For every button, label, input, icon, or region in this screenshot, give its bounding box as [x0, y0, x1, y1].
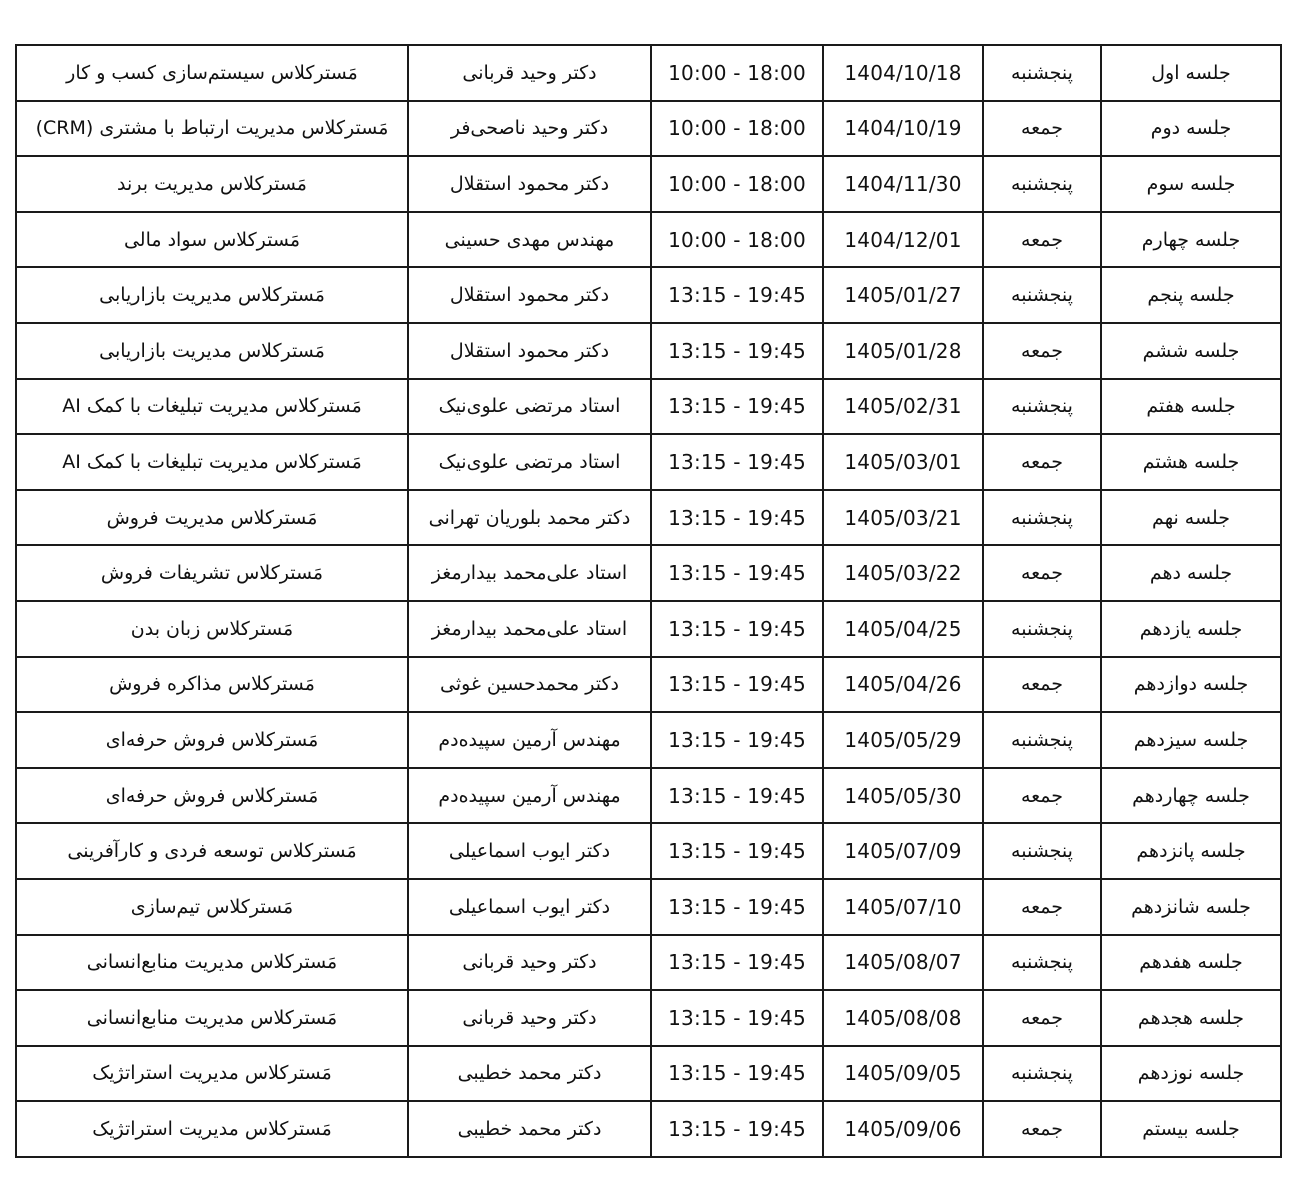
time-range-cell: 10:00 - 18:00 — [651, 101, 823, 157]
weekday-cell: پنجشنبه — [983, 935, 1101, 991]
weekday-cell: پنجشنبه — [983, 490, 1101, 546]
time-range-cell: 13:15 - 19:45 — [651, 323, 823, 379]
session-name-cell: جلسه سوم — [1101, 156, 1281, 212]
table-row: جلسه چهارمجمعه1404/12/0110:00 - 18:00مهن… — [16, 212, 1281, 268]
session-name-cell: جلسه بیستم — [1101, 1101, 1281, 1157]
instructor-cell: دکتر ایوب اسماعیلی — [408, 879, 651, 935]
course-title-cell: مَسترکلاس مدیریت بازاریابی — [16, 323, 408, 379]
course-title-cell: مَسترکلاس مدیریت استراتژیک — [16, 1046, 408, 1102]
time-range-cell: 13:15 - 19:45 — [651, 490, 823, 546]
time-range-cell: 13:15 - 19:45 — [651, 1046, 823, 1102]
date-cell: 1404/10/18 — [823, 45, 983, 101]
time-range-cell: 13:15 - 19:45 — [651, 379, 823, 435]
table-row: جلسه پانزدهمپنجشنبه1405/07/0913:15 - 19:… — [16, 823, 1281, 879]
date-cell: 1405/04/26 — [823, 657, 983, 713]
time-range-cell: 13:15 - 19:45 — [651, 990, 823, 1046]
weekday-cell: جمعه — [983, 990, 1101, 1046]
instructor-cell: دکتر محمد بلوریان تهرانی — [408, 490, 651, 546]
table-row: جلسه دهمجمعه1405/03/2213:15 - 19:45استاد… — [16, 545, 1281, 601]
instructor-cell: دکتر وحید قربانی — [408, 935, 651, 991]
date-cell: 1405/03/22 — [823, 545, 983, 601]
session-name-cell: جلسه نوزدهم — [1101, 1046, 1281, 1102]
time-range-cell: 13:15 - 19:45 — [651, 545, 823, 601]
date-cell: 1404/10/19 — [823, 101, 983, 157]
session-name-cell: جلسه اول — [1101, 45, 1281, 101]
date-cell: 1405/07/10 — [823, 879, 983, 935]
instructor-cell: دکتر وحید قربانی — [408, 45, 651, 101]
weekday-cell: پنجشنبه — [983, 267, 1101, 323]
table-row: جلسه هفتمپنجشنبه1405/02/3113:15 - 19:45ا… — [16, 379, 1281, 435]
session-name-cell: جلسه دوم — [1101, 101, 1281, 157]
time-range-cell: 13:15 - 19:45 — [651, 1101, 823, 1157]
weekday-cell: جمعه — [983, 879, 1101, 935]
instructor-cell: دکتر محمود استقلال — [408, 156, 651, 212]
weekday-cell: پنجشنبه — [983, 712, 1101, 768]
course-title-cell: مَسترکلاس مدیریت فروش — [16, 490, 408, 546]
instructor-cell: دکتر محمدحسین غوثی — [408, 657, 651, 713]
weekday-cell: جمعه — [983, 101, 1101, 157]
date-cell: 1405/07/09 — [823, 823, 983, 879]
weekday-cell: جمعه — [983, 657, 1101, 713]
table-row: جلسه هجدهمجمعه1405/08/0813:15 - 19:45دکت… — [16, 990, 1281, 1046]
weekday-cell: جمعه — [983, 323, 1101, 379]
table-row: جلسه ششمجمعه1405/01/2813:15 - 19:45دکتر … — [16, 323, 1281, 379]
session-name-cell: جلسه نهم — [1101, 490, 1281, 546]
course-title-cell: مَسترکلاس سواد مالی — [16, 212, 408, 268]
course-title-cell: مَسترکلاس زبان بدن — [16, 601, 408, 657]
time-range-cell: 13:15 - 19:45 — [651, 601, 823, 657]
course-title-cell: مَسترکلاس مدیریت تبلیغات با کمک AI — [16, 434, 408, 490]
course-title-cell: مَسترکلاس مدیریت منابع‌انسانی — [16, 990, 408, 1046]
weekday-cell: جمعه — [983, 545, 1101, 601]
course-title-cell: مَسترکلاس مدیریت ارتباط با مشتری (CRM) — [16, 101, 408, 157]
course-title-cell: مَسترکلاس فروش حرفه‌ای — [16, 712, 408, 768]
instructor-cell: دکتر محمود استقلال — [408, 323, 651, 379]
session-name-cell: جلسه چهاردهم — [1101, 768, 1281, 824]
weekday-cell: پنجشنبه — [983, 45, 1101, 101]
date-cell: 1405/01/27 — [823, 267, 983, 323]
time-range-cell: 13:15 - 19:45 — [651, 267, 823, 323]
instructor-cell: دکتر وحید قربانی — [408, 990, 651, 1046]
instructor-cell: استاد مرتضی علوی‌نیک — [408, 434, 651, 490]
time-range-cell: 10:00 - 18:00 — [651, 156, 823, 212]
course-title-cell: مَسترکلاس مدیریت منابع‌انسانی — [16, 935, 408, 991]
session-name-cell: جلسه هجدهم — [1101, 990, 1281, 1046]
course-title-cell: مَسترکلاس مذاکره فروش — [16, 657, 408, 713]
time-range-cell: 13:15 - 19:45 — [651, 712, 823, 768]
instructor-cell: مهندس آرمین سپیده‌دم — [408, 768, 651, 824]
date-cell: 1404/12/01 — [823, 212, 983, 268]
weekday-cell: پنجشنبه — [983, 379, 1101, 435]
session-name-cell: جلسه چهارم — [1101, 212, 1281, 268]
course-title-cell: مَسترکلاس فروش حرفه‌ای — [16, 768, 408, 824]
weekday-cell: جمعه — [983, 1101, 1101, 1157]
weekday-cell: پنجشنبه — [983, 823, 1101, 879]
course-title-cell: مَسترکلاس توسعه فردی و کارآفرینی — [16, 823, 408, 879]
instructor-cell: استاد مرتضی علوی‌نیک — [408, 379, 651, 435]
table-row: جلسه سیزدهمپنجشنبه1405/05/2913:15 - 19:4… — [16, 712, 1281, 768]
table-row: جلسه دومجمعه1404/10/1910:00 - 18:00دکتر … — [16, 101, 1281, 157]
table-row: جلسه نوزدهمپنجشنبه1405/09/0513:15 - 19:4… — [16, 1046, 1281, 1102]
time-range-cell: 13:15 - 19:45 — [651, 935, 823, 991]
instructor-cell: استاد علی‌محمد بیدارمغز — [408, 545, 651, 601]
weekday-cell: پنجشنبه — [983, 1046, 1101, 1102]
date-cell: 1405/05/29 — [823, 712, 983, 768]
session-name-cell: جلسه شانزدهم — [1101, 879, 1281, 935]
session-name-cell: جلسه هفتم — [1101, 379, 1281, 435]
course-title-cell: مَسترکلاس مدیریت استراتژیک — [16, 1101, 408, 1157]
instructor-cell: دکتر وحید ناصحی‌فر — [408, 101, 651, 157]
session-name-cell: جلسه ششم — [1101, 323, 1281, 379]
course-title-cell: مَسترکلاس مدیریت تبلیغات با کمک AI — [16, 379, 408, 435]
instructor-cell: استاد علی‌محمد بیدارمغز — [408, 601, 651, 657]
schedule-body: جلسه اولپنجشنبه1404/10/1810:00 - 18:00دک… — [16, 45, 1281, 1157]
table-row: جلسه نهمپنجشنبه1405/03/2113:15 - 19:45دک… — [16, 490, 1281, 546]
course-title-cell: مَسترکلاس سیستم‌سازی کسب و کار — [16, 45, 408, 101]
time-range-cell: 13:15 - 19:45 — [651, 434, 823, 490]
session-name-cell: جلسه هشتم — [1101, 434, 1281, 490]
session-name-cell: جلسه دوازدهم — [1101, 657, 1281, 713]
schedule-table: جلسه اولپنجشنبه1404/10/1810:00 - 18:00دک… — [15, 44, 1282, 1158]
time-range-cell: 10:00 - 18:00 — [651, 45, 823, 101]
date-cell: 1405/03/01 — [823, 434, 983, 490]
course-title-cell: مَسترکلاس مدیریت بازاریابی — [16, 267, 408, 323]
table-row: جلسه اولپنجشنبه1404/10/1810:00 - 18:00دک… — [16, 45, 1281, 101]
table-row: جلسه هشتمجمعه1405/03/0113:15 - 19:45استا… — [16, 434, 1281, 490]
weekday-cell: پنجشنبه — [983, 156, 1101, 212]
date-cell: 1404/11/30 — [823, 156, 983, 212]
session-name-cell: جلسه یازدهم — [1101, 601, 1281, 657]
time-range-cell: 13:15 - 19:45 — [651, 657, 823, 713]
instructor-cell: دکتر محمد خطیبی — [408, 1046, 651, 1102]
weekday-cell: جمعه — [983, 768, 1101, 824]
table-row: جلسه پنجمپنجشنبه1405/01/2713:15 - 19:45د… — [16, 267, 1281, 323]
course-title-cell: مَسترکلاس مدیریت برند — [16, 156, 408, 212]
time-range-cell: 10:00 - 18:00 — [651, 212, 823, 268]
time-range-cell: 13:15 - 19:45 — [651, 768, 823, 824]
date-cell: 1405/03/21 — [823, 490, 983, 546]
weekday-cell: جمعه — [983, 434, 1101, 490]
table-row: جلسه یازدهمپنجشنبه1405/04/2513:15 - 19:4… — [16, 601, 1281, 657]
instructor-cell: دکتر محمود استقلال — [408, 267, 651, 323]
session-name-cell: جلسه دهم — [1101, 545, 1281, 601]
date-cell: 1405/02/31 — [823, 379, 983, 435]
table-row: جلسه چهاردهمجمعه1405/05/3013:15 - 19:45م… — [16, 768, 1281, 824]
table-row: جلسه هفدهمپنجشنبه1405/08/0713:15 - 19:45… — [16, 935, 1281, 991]
date-cell: 1405/04/25 — [823, 601, 983, 657]
session-name-cell: جلسه سیزدهم — [1101, 712, 1281, 768]
table-row: جلسه شانزدهمجمعه1405/07/1013:15 - 19:45د… — [16, 879, 1281, 935]
session-name-cell: جلسه هفدهم — [1101, 935, 1281, 991]
instructor-cell: مهندس آرمین سپیده‌دم — [408, 712, 651, 768]
weekday-cell: جمعه — [983, 212, 1101, 268]
table-row: جلسه دوازدهمجمعه1405/04/2613:15 - 19:45د… — [16, 657, 1281, 713]
course-title-cell: مَسترکلاس تشریفات فروش — [16, 545, 408, 601]
table-row: جلسه بیستمجمعه1405/09/0613:15 - 19:45دکت… — [16, 1101, 1281, 1157]
table-row: جلسه سومپنجشنبه1404/11/3010:00 - 18:00دک… — [16, 156, 1281, 212]
time-range-cell: 13:15 - 19:45 — [651, 879, 823, 935]
instructor-cell: دکتر ایوب اسماعیلی — [408, 823, 651, 879]
date-cell: 1405/01/28 — [823, 323, 983, 379]
date-cell: 1405/08/08 — [823, 990, 983, 1046]
time-range-cell: 13:15 - 19:45 — [651, 823, 823, 879]
session-name-cell: جلسه پانزدهم — [1101, 823, 1281, 879]
date-cell: 1405/08/07 — [823, 935, 983, 991]
course-title-cell: مَسترکلاس تیم‌سازی — [16, 879, 408, 935]
date-cell: 1405/09/06 — [823, 1101, 983, 1157]
weekday-cell: پنجشنبه — [983, 601, 1101, 657]
session-name-cell: جلسه پنجم — [1101, 267, 1281, 323]
date-cell: 1405/05/30 — [823, 768, 983, 824]
date-cell: 1405/09/05 — [823, 1046, 983, 1102]
instructor-cell: دکتر محمد خطیبی — [408, 1101, 651, 1157]
instructor-cell: مهندس مهدی حسینی — [408, 212, 651, 268]
